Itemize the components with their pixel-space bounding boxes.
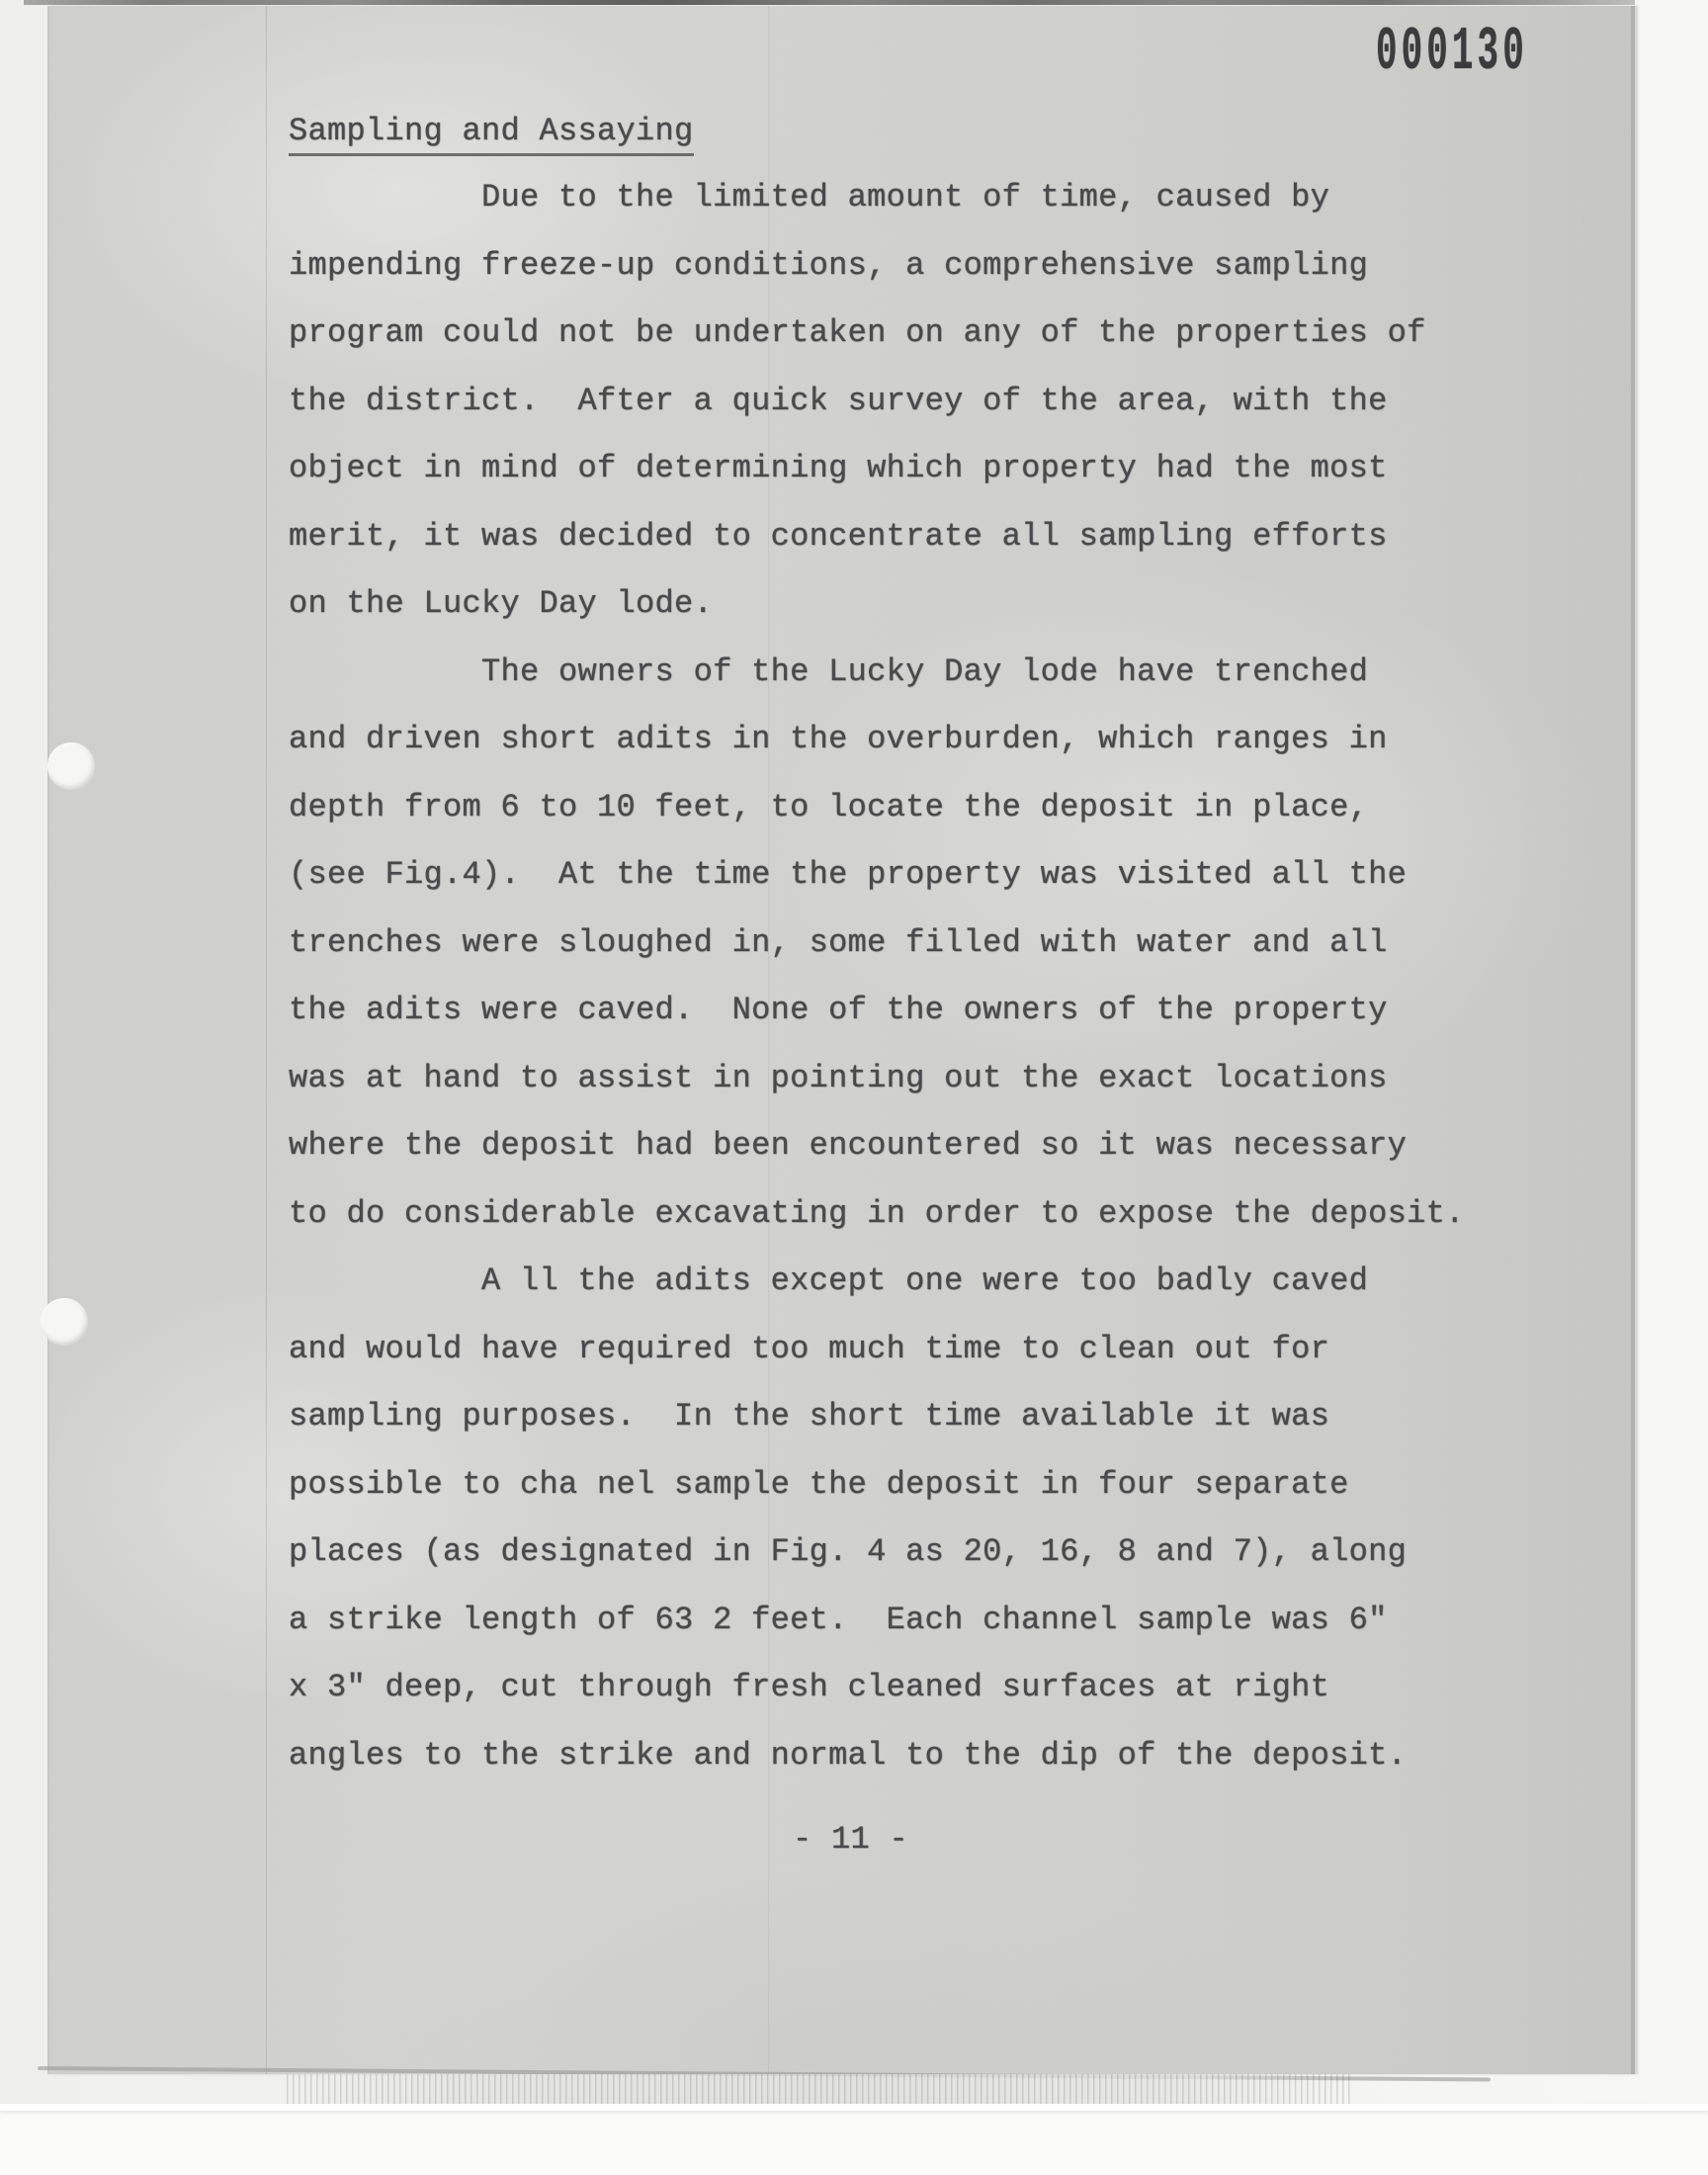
text-line: possible to cha nel sample the deposit i… <box>289 1451 1574 1520</box>
scan-bottom-streaks-artifact <box>287 2074 1354 2108</box>
text-line: to do considerable excavating in order t… <box>289 1180 1574 1249</box>
text-line: sampling purposes. In the short time ava… <box>289 1383 1574 1451</box>
text-line: merit, it was decided to concentrate all… <box>289 503 1574 571</box>
text-line: impending freeze-up conditions, a compre… <box>289 232 1574 301</box>
page-number: - 11 - <box>793 1821 908 1858</box>
text-line: and would have required too much time to… <box>289 1316 1574 1384</box>
text-line: angles to the strike and normal to the d… <box>289 1722 1574 1790</box>
scanned-document-page: 000130 Sampling and Assaying Due to the … <box>0 0 1708 2175</box>
text-line: a strike length of 63 2 feet. Each chann… <box>289 1587 1574 1655</box>
text-line: where the deposit had been encountered s… <box>289 1112 1574 1180</box>
scan-artifact-line <box>266 6 267 2074</box>
text-line: and driven short adits in the overburden… <box>289 706 1574 774</box>
scan-bottom-white-strip <box>0 2104 1708 2111</box>
text-line: (see Fig.4). At the time the property wa… <box>289 841 1574 910</box>
text-line: object in mind of determining which prop… <box>289 435 1574 503</box>
text-line: the adits were caved. None of the owners… <box>289 977 1574 1045</box>
text-line: trenches were sloughed in, some filled w… <box>289 910 1574 978</box>
text-line: depth from 6 to 10 feet, to locate the d… <box>289 774 1574 842</box>
text-line: x 3" deep, cut through fresh cleaned sur… <box>289 1654 1574 1722</box>
paragraph: Due to the limited amount of time, cause… <box>289 164 1574 639</box>
text-line: program could not be undertaken on any o… <box>289 300 1574 368</box>
text-line: A ll the adits except one were too badly… <box>289 1248 1574 1316</box>
scan-top-edge-artifact <box>24 0 1635 5</box>
punch-hole-top <box>47 742 95 790</box>
document-number-stamp: 000130 <box>1376 22 1528 83</box>
punch-hole-bottom <box>41 1298 88 1346</box>
text-line: Due to the limited amount of time, cause… <box>289 164 1574 232</box>
text-line: was at hand to assist in pointing out th… <box>289 1045 1574 1113</box>
text-line: places (as designated in Fig. 4 as 20, 1… <box>289 1519 1574 1587</box>
text-line: The owners of the Lucky Day lode have tr… <box>289 639 1574 707</box>
paper-sheet: 000130 Sampling and Assaying Due to the … <box>47 6 1635 2074</box>
text-line: the district. After a quick survey of th… <box>289 368 1574 436</box>
section-heading: Sampling and Assaying <box>289 113 694 156</box>
paragraph: A ll the adits except one were too badly… <box>289 1248 1574 1789</box>
text-line: on the Lucky Day lode. <box>289 570 1574 639</box>
document-body: Due to the limited amount of time, cause… <box>289 164 1574 1789</box>
paragraph: The owners of the Lucky Day lode have tr… <box>289 639 1574 1249</box>
